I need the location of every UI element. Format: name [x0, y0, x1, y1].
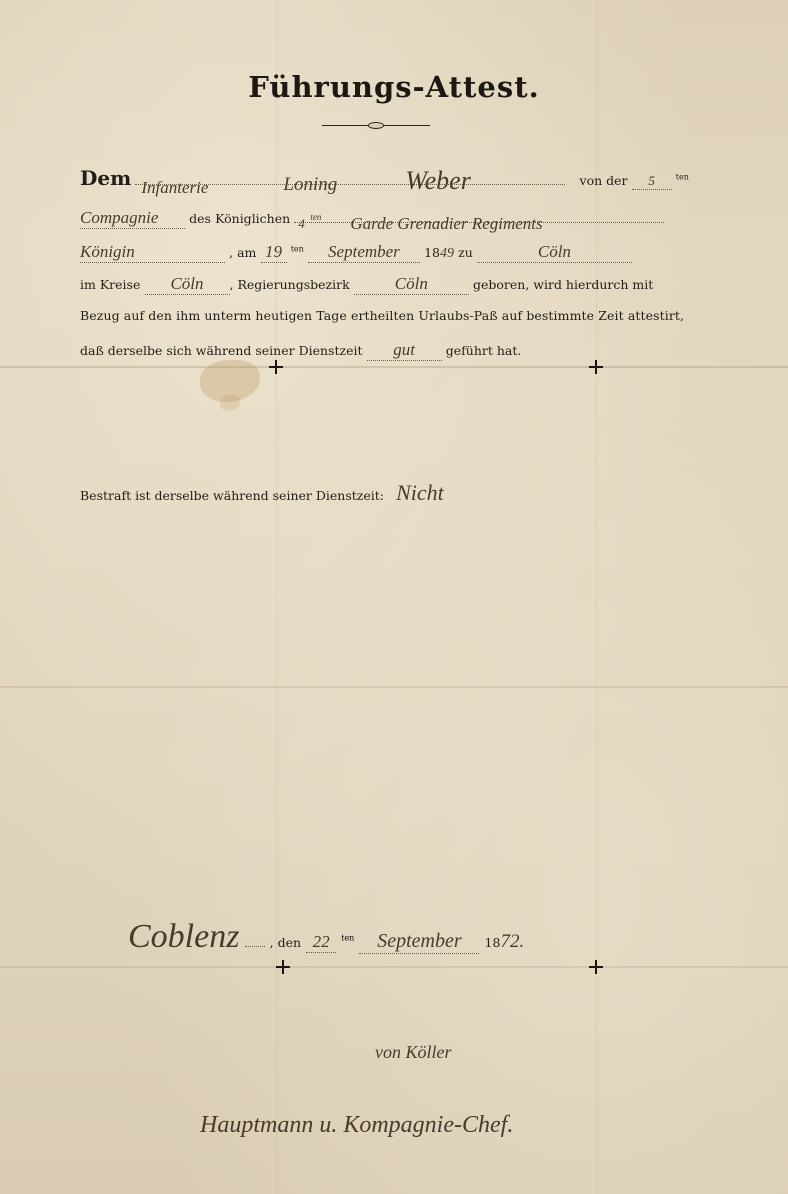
company-number-handwritten: 5	[648, 173, 655, 188]
title-ornament	[322, 122, 430, 130]
punishment-handwritten: Nicht	[396, 480, 444, 505]
document-title: Führungs-Attest.	[0, 70, 788, 104]
birth-year-handwritten: 49	[440, 246, 454, 261]
regiment-handwritten: Garde Grenadier Regiments	[350, 214, 542, 234]
conduct-handwritten: gut	[393, 340, 415, 359]
birth-place-field: Cöln	[477, 242, 632, 263]
kreis-field: Cöln	[145, 274, 230, 295]
given-name-handwritten: Loning	[283, 174, 337, 196]
label-des: des	[189, 211, 211, 226]
attestation-text: Bezug auf den ihm unterm heutigen Tage e…	[80, 308, 684, 323]
punishment-line: Bestraft ist derselbe während seiner Die…	[80, 480, 680, 506]
label-dem: Dem	[80, 166, 131, 190]
day-field: 22	[306, 932, 336, 953]
label-geboren: geboren, wird hierdurch mit	[473, 277, 653, 292]
regierungsbezirk-handwritten: Cöln	[395, 274, 428, 293]
document-page: Führungs-Attest. Dem Infanterie Loning W…	[0, 0, 788, 1194]
birth-month-handwritten: September	[328, 242, 400, 261]
company-field: Compagnie	[80, 208, 185, 229]
signature-role: Hauptmann u. Kompagnie-Chef.	[200, 1112, 513, 1139]
label-punishment: Bestraft ist derselbe während seiner Die…	[80, 488, 384, 503]
form-line-3: Königin , am 19 ten September 1849 zu Cö…	[80, 242, 680, 263]
year-handwritten: 72.	[500, 931, 524, 952]
place-dots	[245, 946, 265, 947]
regiment-cont-handwritten: Königin	[80, 242, 135, 261]
month-handwritten: September	[377, 930, 461, 952]
day-handwritten: 22	[313, 932, 330, 951]
surname-handwritten: Weber	[405, 166, 470, 196]
regiment-field: 4 ten Garde Grenadier Regiments	[294, 222, 664, 223]
label-regierungsbezirk: , Regierungsbezirk	[230, 277, 350, 292]
birth-day-field: 19	[261, 242, 287, 263]
label-am: , am	[229, 245, 256, 260]
pin-hole-mark	[276, 960, 290, 974]
company-number-field: 5	[632, 173, 672, 190]
kreis-handwritten: Cöln	[170, 274, 203, 293]
regiment-cont-field: Königin	[80, 242, 225, 263]
fold-line	[0, 966, 788, 968]
pin-hole-mark	[589, 960, 603, 974]
label-von-der: von der	[580, 173, 628, 188]
year-prefix: 18	[485, 935, 501, 950]
suffix-ten: ten	[291, 245, 304, 254]
birth-place-handwritten: Cöln	[538, 242, 571, 261]
birth-month-field: September	[308, 242, 420, 263]
pin-hole-mark	[589, 360, 603, 374]
label-den: , den	[270, 935, 301, 950]
conduct-field: gut	[367, 340, 442, 361]
label-koniglichen: Königlichen	[215, 211, 290, 226]
suffix-ten: ten	[341, 934, 354, 943]
label-im-kreise: im Kreise	[80, 277, 140, 292]
fold-line	[0, 366, 788, 368]
label-conduct-start: daß derselbe sich während seiner Dienstz…	[80, 343, 363, 358]
rank-handwritten: Infanterie	[141, 178, 208, 198]
fold-line	[0, 686, 788, 688]
form-line-1: Dem Infanterie Loning Weber von der 5 te…	[80, 166, 680, 190]
form-line-6: daß derselbe sich während seiner Dienstz…	[80, 340, 680, 361]
regierungsbezirk-field: Cöln	[354, 274, 469, 295]
place-handwritten: Coblenz	[128, 918, 239, 955]
birth-day-handwritten: 19	[265, 242, 282, 261]
label-conduct-end: geführt hat.	[446, 343, 522, 358]
water-stain	[220, 395, 240, 411]
regiment-suffix-handwritten: ten	[310, 212, 321, 222]
month-field: September	[359, 930, 479, 954]
regiment-number-handwritten: 4	[298, 216, 305, 232]
year-prefix: 18	[424, 245, 440, 260]
place-date-line: Coblenz , den 22 ten September 1872.	[128, 918, 608, 956]
pin-hole-mark	[269, 360, 283, 374]
suffix-ten: ten	[676, 173, 689, 182]
form-line-2: Compagnie des Königlichen 4 ten Garde Gr…	[80, 208, 680, 229]
company-handwritten: Compagnie	[80, 208, 158, 227]
signature-name: von Köller	[375, 1042, 452, 1063]
name-field: Infanterie Loning Weber	[135, 184, 565, 185]
form-line-5: Bezug auf den ihm unterm heutigen Tage e…	[80, 308, 680, 324]
label-zu: zu	[458, 245, 473, 260]
form-line-4: im Kreise Cöln , Regierungsbezirk Cöln g…	[80, 274, 680, 295]
